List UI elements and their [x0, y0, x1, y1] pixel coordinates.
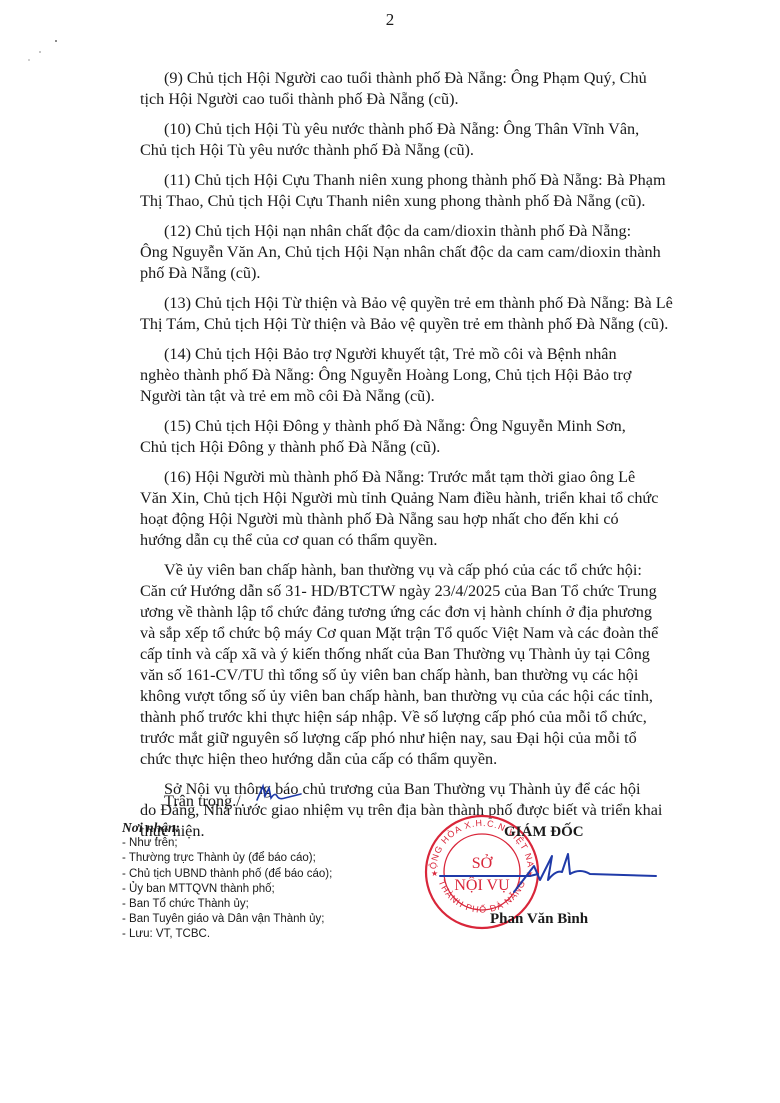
text-line: Chủ tịch Hội Tù yêu nước thành phố Đà Nẵ…	[140, 140, 550, 161]
signature-block: CỘNG HÒA X.H.C.N VIỆT NAM THÀNH PHỐ ĐÀ N…	[410, 810, 650, 950]
text-line: Về ủy viên ban chấp hành, ban thường vụ …	[140, 560, 550, 581]
paragraph: (11) Chủ tịch Hội Cựu Thanh niên xung ph…	[140, 170, 550, 212]
paragraph: (14) Chủ tịch Hội Bảo trợ Người khuyết t…	[140, 344, 550, 407]
recipient-item: - Lưu: VT, TCBC.	[122, 927, 332, 942]
recipient-item: - Thường trực Thành ủy (để báo cáo);	[122, 851, 332, 866]
text-line: nghèo thành phố Đà Nẵng: Ông Nguyễn Hoàn…	[140, 365, 550, 386]
text-line: không vượt tổng số ủy viên ban chấp hành…	[140, 686, 550, 707]
text-line: Văn Xin, Chủ tịch Hội Người mù tỉnh Quản…	[140, 488, 550, 509]
paragraph: Về ủy viên ban chấp hành, ban thường vụ …	[140, 560, 550, 770]
text-line: Thị Tám, Chủ tịch Hội Từ thiện và Bảo vệ…	[140, 314, 550, 335]
text-line: Ông Nguyễn Văn An, Chủ tịch Hội Nạn nhân…	[140, 242, 550, 263]
text-line: văn số 161-CV/TU thì tổng số ủy viên ban…	[140, 665, 550, 686]
text-line: Người tàn tật và trẻ em mồ côi Đà Nẵng (…	[140, 386, 550, 407]
paragraph: (13) Chủ tịch Hội Từ thiện và Bảo vệ quy…	[140, 293, 550, 335]
text-line: tịch Hội Người cao tuổi thành phố Đà Nẵn…	[140, 89, 550, 110]
paragraph: (9) Chủ tịch Hội Người cao tuổi thành ph…	[140, 68, 550, 110]
text-line: ương về thành lập tổ chức đảng tương ứng…	[140, 602, 550, 623]
text-line: cấp tỉnh và cấp xã và ý kiến thống nhất …	[140, 644, 550, 665]
text-line: (12) Chủ tịch Hội nạn nhân chất độc da c…	[140, 221, 550, 242]
text-line: chức thực hiện theo hướng dẫn của cấp có…	[140, 749, 550, 770]
text-line: (16) Hội Người mù thành phố Đà Nẵng: Trư…	[140, 467, 550, 488]
text-line: (14) Chủ tịch Hội Bảo trợ Người khuyết t…	[140, 344, 550, 365]
recipient-item: - Chủ tịch UBND thành phố (để báo cáo);	[122, 867, 332, 882]
signer-name: Phan Văn Bình	[490, 911, 588, 928]
text-line: hoạt động Hội Người mù thành phố Đà Nẵng…	[140, 509, 550, 530]
text-line: thành phố trước khi thực hiện sáp nhập. …	[140, 707, 550, 728]
text-line: Thị Thao, Chủ tịch Hội Cựu Thanh niên xu…	[140, 191, 550, 212]
text-line: và sắp xếp tổ chức bộ máy Cơ quan Mặt tr…	[140, 623, 550, 644]
recipients-title: Nơi nhận:	[122, 820, 332, 835]
text-line: Căn cứ Hướng dẫn số 31- HD/BTCTW ngày 23…	[140, 581, 550, 602]
recipient-item: - Ban Tổ chức Thành ủy;	[122, 897, 332, 912]
text-line: phố Đà Nẵng (cũ).	[140, 263, 550, 284]
recipient-item: - Như trên;	[122, 836, 332, 851]
scan-speck	[28, 59, 30, 61]
paragraph: (15) Chủ tịch Hội Đông y thành phố Đà Nẵ…	[140, 416, 550, 458]
text-line: (9) Chủ tịch Hội Người cao tuổi thành ph…	[140, 68, 550, 89]
paragraph: (16) Hội Người mù thành phố Đà Nẵng: Trư…	[140, 467, 550, 551]
initial-signature-icon	[255, 782, 303, 810]
text-line: (15) Chủ tịch Hội Đông y thành phố Đà Nẵ…	[140, 416, 550, 437]
recipients-list: Nơi nhận: - Như trên; - Thường trực Thàn…	[122, 820, 332, 943]
scan-speck	[55, 40, 57, 42]
closing-phrase: Trân trọng./.	[164, 792, 245, 811]
paragraph: (12) Chủ tịch Hội nạn nhân chất độc da c…	[140, 221, 550, 284]
text-line: (10) Chủ tịch Hội Tù yêu nước thành phố …	[140, 119, 550, 140]
handwritten-signature-icon	[430, 840, 660, 900]
text-line: hướng dẫn cụ thể của cơ quan có thẩm quy…	[140, 530, 550, 551]
document-body: (9) Chủ tịch Hội Người cao tuổi thành ph…	[140, 68, 550, 851]
recipient-item: - Ban Tuyên giáo và Dân vận Thành ủy;	[122, 912, 332, 927]
text-line: trước mắt giữ nguyên số lượng cấp phó nh…	[140, 728, 550, 749]
text-line: (11) Chủ tịch Hội Cựu Thanh niên xung ph…	[140, 170, 550, 191]
text-line: (13) Chủ tịch Hội Từ thiện và Bảo vệ quy…	[140, 293, 550, 314]
recipient-item: - Ủy ban MTTQVN thành phố;	[122, 882, 332, 897]
page-number: 2	[0, 10, 780, 30]
scan-speck	[39, 51, 41, 53]
text-line: Chủ tịch Hội Đông y thành phố Đà Nẵng (c…	[140, 437, 550, 458]
signer-title: GIÁM ĐỐC	[504, 824, 584, 841]
paragraph: (10) Chủ tịch Hội Tù yêu nước thành phố …	[140, 119, 550, 161]
